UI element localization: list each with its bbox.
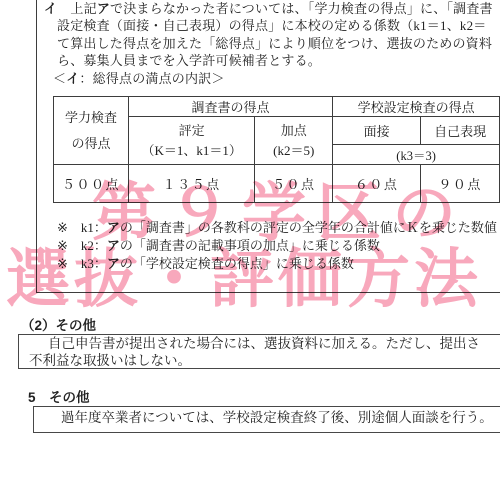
table-caption: ＜イ：総得点の満点の内訳＞ [53, 70, 500, 87]
item-marker-i: イ [44, 1, 57, 16]
body-line: 自己申告書が提出された場合には、選抜資料に加える。ただし、提出さ [29, 336, 500, 353]
header-text: 学力検査 [54, 105, 128, 131]
header-hyotei: 評定 （K＝1、k1＝1） [128, 117, 254, 165]
header-text: 評定 [129, 121, 254, 141]
paragraph-line-3: て算出した得点を加えた「総得点」により順位をつけ、選抜のための資料 [57, 35, 500, 52]
header-chosasho-group: 調査書の得点 [128, 97, 332, 117]
header-jiko-hyogen: 自己表現 [421, 117, 500, 145]
body-line: 過年度卒業者については、学校設定検査終了後、別途個人面談を行う。 [42, 408, 500, 428]
section-2-body-box: 自己申告書が提出された場合には、選抜資料に加える。ただし、提出さ 不利益な取扱い… [18, 334, 500, 369]
header-mensetsu: 面接 [333, 117, 421, 145]
section-i-paragraph: イ 上記アで決まらなかった者については、「学力検査の得点」に、「調査書 設定検査… [44, 0, 500, 87]
paragraph-line-4: ら、募集人員までを入学許可候補者とする。 [57, 52, 500, 69]
header-coefficient: (k2＝5) [255, 141, 332, 161]
pink-stamp-line-1: 第９学区の [92, 181, 467, 245]
section-5-body-box: 過年度卒業者については、学校設定検査終了後、別途個人面談を行う。 [33, 406, 500, 433]
caption-text: ＜ [53, 71, 66, 86]
header-text: の得点 [54, 131, 128, 157]
header-school-check-group: 学校設定検査の得点 [333, 97, 500, 117]
pink-stamp-line-2: 選抜・評価方法 [6, 247, 482, 311]
item-ref-a: ア [97, 1, 110, 16]
section-2-heading: （2）その他 [21, 314, 96, 334]
header-gakuryoku-kensa: 学力検査 の得点 [54, 97, 129, 165]
header-katen: 加点 (k2＝5) [255, 117, 333, 165]
caption-text: ：総得点の満点の内訳＞ [79, 71, 224, 86]
paragraph-text: 上記 [57, 1, 97, 16]
header-k3-coefficient: (k3＝3) [333, 145, 500, 165]
header-coefficient: （K＝1、k1＝1） [129, 141, 254, 161]
body-line: 不利益な取扱いはしない。 [29, 353, 500, 370]
paragraph-line-2: 設定検査（面接・自己表現）の得点」に本校の定める係数（k1＝1、k2＝ [57, 17, 500, 34]
caption-marker-i: イ [66, 71, 79, 86]
header-text: 加点 [255, 121, 332, 141]
paragraph-text: で決まらなかった者については、「学力検査の得点」に、「調査書 [110, 1, 493, 16]
document-page: イ 上記アで決まらなかった者については、「学力検査の得点」に、「調査書 設定検査… [0, 0, 500, 500]
section-5-heading: 5 その他 [28, 386, 90, 406]
paragraph-line-1: イ 上記アで決まらなかった者については、「学力検査の得点」に、「調査書 [44, 0, 500, 17]
